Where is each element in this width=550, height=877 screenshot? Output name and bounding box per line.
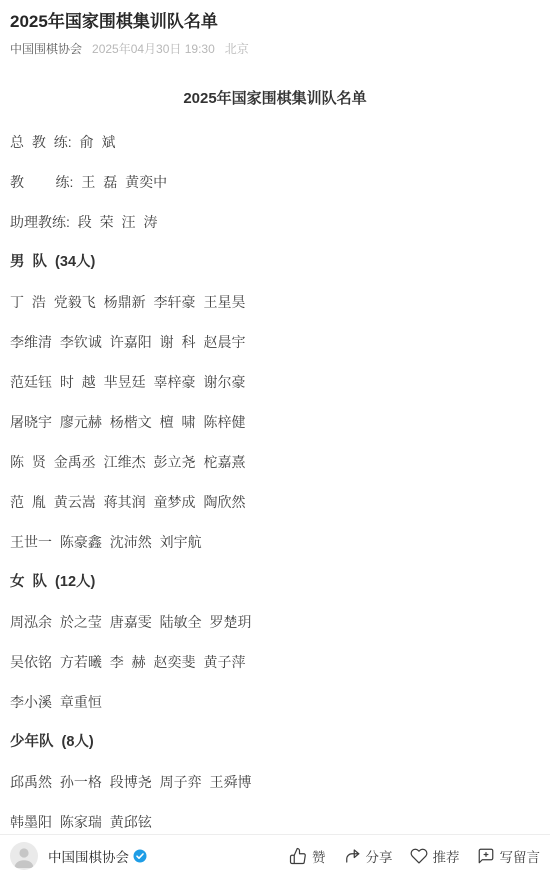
share-arrow-icon [343,847,361,865]
comment-label: 写留言 [500,846,541,866]
comment-button[interactable]: 写留言 [477,846,541,866]
share-label: 分享 [366,846,393,866]
publish-datetime: 2025年04月30日 19:30 [92,42,215,56]
like-label: 赞 [312,846,326,866]
player-row: 陈 贤 金禹丞 江维杰 彭立尧 柁嘉熹 [10,455,540,469]
recommend-button[interactable]: 推荐 [410,846,460,866]
player-row: 范廷钰 时 越 芈昱廷 辜梓豪 谢尔豪 [10,375,540,389]
player-row: 韩墨阳 陈家瑞 黄邱铉 [10,815,540,829]
like-button[interactable]: 赞 [289,846,326,866]
recommend-label: 推荐 [433,846,460,866]
article-page: 2025年国家围棋集训队名单 中国围棋协会 2025年04月30日 19:30 … [0,0,550,877]
coach-line-coaches: 教 练: 王 磊 黄奕中 [10,175,540,189]
comment-plus-icon [477,847,495,865]
account-link[interactable]: 中国围棋协会 [10,42,82,56]
heart-icon [410,847,428,865]
share-button[interactable]: 分享 [343,846,393,866]
player-row: 李小溪 章重恒 [10,695,540,709]
article-footer-bar: 中国围棋协会 赞 分享 [0,834,550,877]
player-row: 屠晓宇 廖元赫 杨楷文 檀 啸 陈梓健 [10,415,540,429]
player-row: 王世一 陈豪鑫 沈沛然 刘宇航 [10,535,540,549]
article-meta: 中国围棋协会 2025年04月30日 19:30 北京 [10,42,538,56]
article-heading: 2025年国家围棋集训队名单 [10,88,540,109]
page-title: 2025年国家围棋集训队名单 [10,10,538,34]
player-row: 吴依铭 方若曦 李 赫 赵奕斐 黄子萍 [10,655,540,669]
account-avatar[interactable] [10,842,38,870]
footer-account-name[interactable]: 中国围棋协会 [48,846,129,866]
verified-badge-icon [133,849,147,863]
player-row: 邱禹然 孙一格 段博尧 周子弈 王舜博 [10,775,540,789]
article-body: 2025年国家围棋集训队名单 总 教 练: 俞 斌 教 练: 王 磊 黄奕中 助… [0,88,550,829]
player-row: 丁 浩 党毅飞 杨鼎新 李轩豪 王星昊 [10,295,540,309]
thumbs-up-icon [289,847,307,865]
player-row: 李维清 李钦诚 许嘉阳 谢 科 赵晨宇 [10,335,540,349]
coach-line-head: 总 教 练: 俞 斌 [10,135,540,149]
section-title-men: 男 队 (34人) [10,255,540,269]
coach-line-assistant: 助理教练: 段 荣 汪 涛 [10,215,540,229]
section-title-youth: 少年队 (8人) [10,735,540,749]
article-header: 2025年国家围棋集训队名单 中国围棋协会 2025年04月30日 19:30 … [0,0,550,56]
publish-location: 北京 [225,42,249,56]
section-title-women: 女 队 (12人) [10,575,540,589]
person-icon [10,842,38,870]
action-bar: 赞 分享 推荐 写留言 [289,846,540,866]
player-row: 范 胤 黄云嵩 蒋其润 童梦成 陶欣然 [10,495,540,509]
player-row: 周泓余 於之莹 唐嘉雯 陆敏全 罗楚玥 [10,615,540,629]
